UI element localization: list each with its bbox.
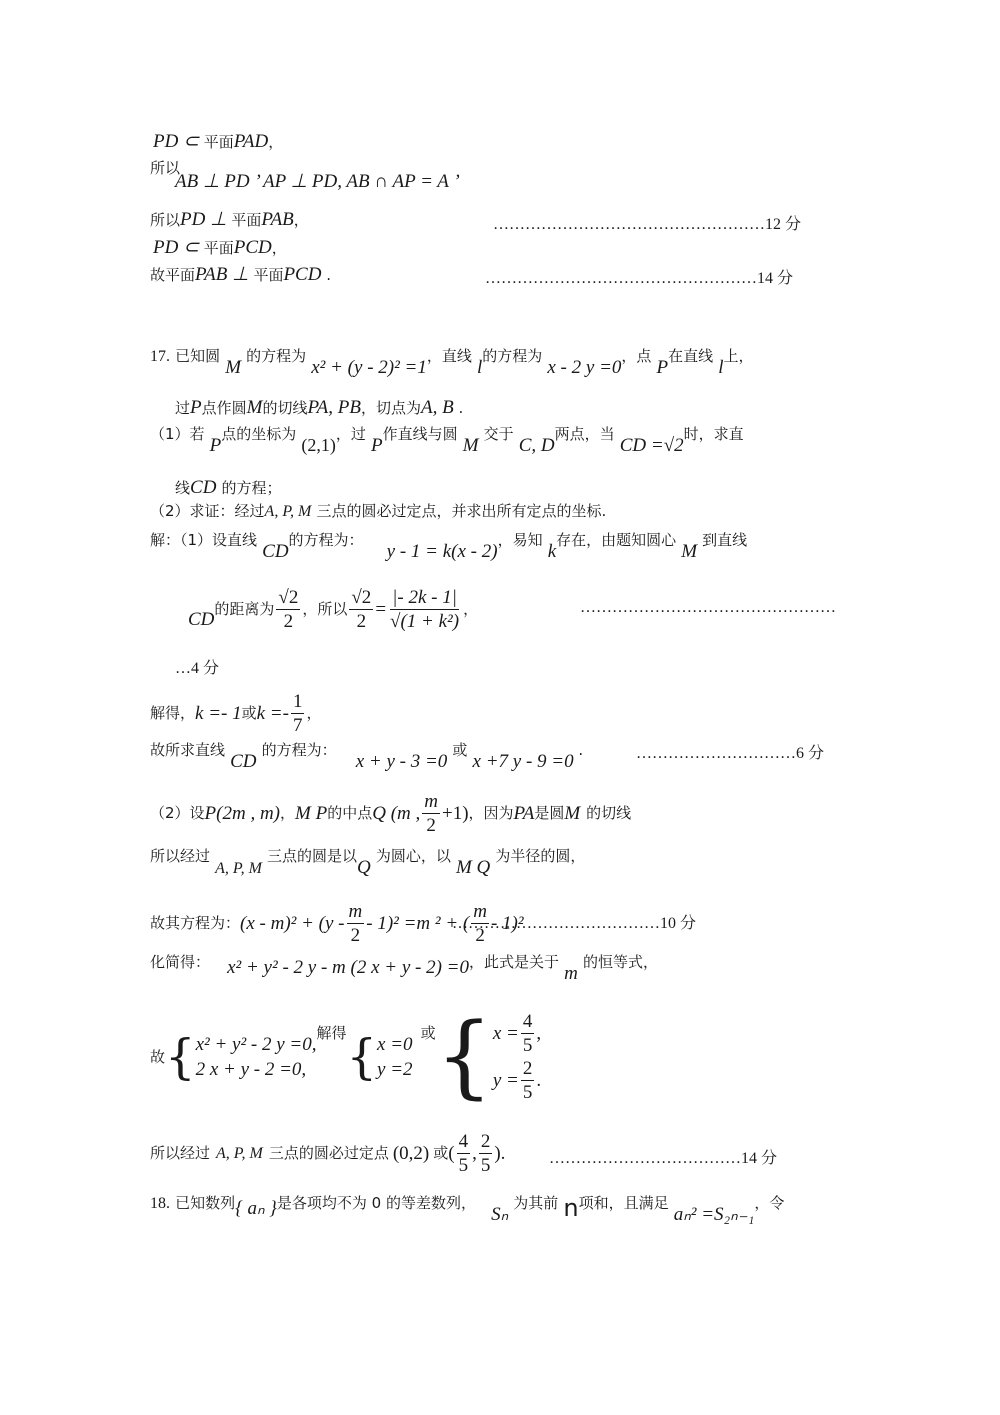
text: 到直线 xyxy=(702,531,747,549)
text: ， xyxy=(463,602,478,617)
text: 的切线 xyxy=(262,399,307,417)
text: 三点的圆是以 xyxy=(267,847,357,865)
math: ( xyxy=(448,1144,454,1163)
left-brace-icon: { xyxy=(436,1012,493,1102)
score-label: 6 分 xyxy=(796,745,824,762)
numerator: 2 xyxy=(521,1059,535,1081)
math: PD ⊥ xyxy=(180,209,231,230)
text: 或 xyxy=(433,1146,448,1161)
math: PD ⊂ xyxy=(153,131,204,152)
math: M xyxy=(681,541,697,562)
q17-line2: 过P点作圆M的切线PA, PB，切点为A, B . xyxy=(175,398,463,417)
math: M P xyxy=(295,804,327,823)
math: PAB ⊥ xyxy=(195,264,253,285)
score-label: 14 分 xyxy=(757,270,793,287)
text: 两点，当 xyxy=(555,425,615,443)
text: 的切线 xyxy=(586,806,631,821)
sol-line-5: 故所求直线 CD 的方程为： x + y - 3 =0 或 x +7 y - 9… xyxy=(150,740,583,759)
math: +1) xyxy=(442,804,469,823)
text: 交于 xyxy=(484,425,514,443)
sol-p2-line-2: 所以经过 A, P, M 三点的圆是以Q 为圆心，以 M Q 为半径的圆， xyxy=(150,846,585,865)
text: 点作圆 xyxy=(202,399,247,417)
math: , xyxy=(472,1144,477,1163)
fraction: m2 xyxy=(422,792,440,835)
text: 的方程为： xyxy=(289,531,364,549)
math: M Q xyxy=(456,857,490,878)
text: 化简得： xyxy=(150,953,210,971)
text: 的中点 xyxy=(327,806,372,821)
math: Q (m , xyxy=(372,804,420,823)
q17-part2: （2）求证：经过A, P, M 三点的圆必过定点，并求出所有定点的坐标. xyxy=(150,503,606,520)
text: 项和，且满足 xyxy=(579,1194,669,1212)
text: 的方程为： xyxy=(262,741,337,759)
text: 线 xyxy=(175,479,190,497)
score-14-b: ………………………………14 分 xyxy=(549,1145,777,1168)
text: ，切点为 xyxy=(361,399,421,417)
math: A, P, M xyxy=(265,503,312,520)
sol-p2-system: 故 { x² + y² - 2 y =0, 2 x + y - 2 =0, 解得… xyxy=(150,1012,541,1102)
math: Sₙ xyxy=(491,1204,508,1225)
text: 所以经过 xyxy=(150,1146,210,1161)
fraction: 17 xyxy=(291,692,305,735)
math: CD xyxy=(262,541,288,562)
text: . xyxy=(574,741,584,759)
fraction: 25 xyxy=(521,1059,535,1102)
leader-dots: ………………………………………… xyxy=(580,599,836,616)
sol-line-2: CD 的距离为 √22 ，所以 √22 = |- 2k - 1|√(1 + k²… xyxy=(188,588,478,631)
math: (x - m)² + (y - xyxy=(240,914,345,933)
sol-p2-line-4: 化简得： x² + y² - 2 y - m (2 x + y - 2) =0，… xyxy=(150,952,658,971)
numerator: |- 2k - 1| xyxy=(390,588,459,610)
text: ，所以 xyxy=(302,602,347,617)
math: k =- 1 xyxy=(195,704,242,723)
math: x² + y² - 2 y =0, xyxy=(196,1035,317,1054)
text: 是圆 xyxy=(534,806,564,821)
text: . xyxy=(454,399,464,417)
q18-stem: 18. 已知数列{ aₙ }是各项均不为 0 的等差数列， Sₙ 为其前 n项和… xyxy=(150,1188,784,1212)
question-number: 18. xyxy=(150,1195,170,1212)
text: ， xyxy=(306,706,321,721)
text: 作直线与圆 xyxy=(383,425,458,443)
math: CD xyxy=(230,751,256,772)
math: M xyxy=(225,357,241,378)
math: , xyxy=(536,1024,541,1043)
text: 的方程为 xyxy=(246,347,306,365)
text: 解得， xyxy=(150,706,195,721)
math: CD xyxy=(190,477,216,498)
math: y =2 xyxy=(377,1060,413,1079)
text: . xyxy=(321,266,331,284)
denominator: 2 xyxy=(355,610,369,631)
solution-2: x = 45 , y = 25 . xyxy=(493,1012,541,1102)
numerator: √2 xyxy=(349,588,373,610)
math: (0,2) xyxy=(393,1144,429,1163)
denominator: 2 xyxy=(282,610,296,631)
text: ， xyxy=(294,211,309,229)
math: AB ⊥ PD ’ AP ⊥ PD, AB ∩ AP = A ’ xyxy=(175,171,460,192)
numerator: √2 xyxy=(276,588,300,610)
text: 平面 xyxy=(253,266,283,284)
leader-dots: …………………………………………… xyxy=(493,216,765,233)
text: 所以 xyxy=(150,211,180,229)
text: 或 xyxy=(421,1026,436,1041)
denominator: 5 xyxy=(479,1154,493,1175)
text: 已知数列 xyxy=(175,1194,235,1212)
text: ，过 xyxy=(336,425,366,443)
math: x + y - 3 =0 xyxy=(356,751,448,772)
math: l xyxy=(718,357,723,378)
question-number: 17. xyxy=(150,348,170,365)
text: ，点 xyxy=(621,347,651,365)
numerator: 2 xyxy=(479,1132,493,1154)
math: x =0 xyxy=(377,1035,413,1054)
fraction: 25 xyxy=(479,1132,493,1175)
leader-dots: …………………………………………… xyxy=(485,270,757,287)
text: ，令 xyxy=(754,1194,784,1212)
text: ，易知 xyxy=(498,531,543,549)
sol-p2-conclusion: 所以经过 A, P, M 三点的圆必过定点 (0,2) 或 ( 45 , 25 … xyxy=(150,1132,505,1175)
text: 故 xyxy=(150,1050,165,1065)
score-label: …4 分 xyxy=(175,660,219,677)
proof-line-2-math: AB ⊥ PD ’ AP ⊥ PD, AB ∩ AP = A ’ xyxy=(175,172,460,191)
math: CD =√2 xyxy=(620,435,684,456)
fraction: m2 xyxy=(347,902,365,945)
proof-line-1: PD ⊂ 平面PAD， xyxy=(153,132,283,151)
text: 为其前 xyxy=(513,1194,558,1212)
left-brace-icon: { xyxy=(165,1033,196,1081)
text: 在直线 xyxy=(668,347,713,365)
text: 或 xyxy=(452,741,467,759)
equation-system: x² + y² - 2 y =0, 2 x + y - 2 =0, xyxy=(196,1035,317,1079)
math: k xyxy=(548,541,556,562)
math: A, B xyxy=(421,397,454,418)
math: PA, PB xyxy=(307,397,360,418)
text: 故其方程为： xyxy=(150,916,240,931)
math: x² + (y - 2)² =1 xyxy=(311,357,427,378)
score-4: …4 分 xyxy=(175,660,219,677)
text: ，此式是关于 xyxy=(469,953,559,971)
fraction: 45 xyxy=(457,1132,471,1175)
math: M xyxy=(463,435,479,456)
score-12: ……………………………………………12 分 xyxy=(493,211,801,234)
text: 时，求直 xyxy=(684,425,744,443)
text: ， xyxy=(268,133,283,151)
proof-line-4: PD ⊂ 平面PCD， xyxy=(153,238,287,257)
text: （2）求证：经过 xyxy=(150,502,265,520)
score-label: 14 分 xyxy=(741,1150,777,1167)
sol-line-4: 解得， k =- 1 或 k =- 17 ， xyxy=(150,692,321,735)
math: P xyxy=(371,435,383,456)
text: （1）若 xyxy=(150,425,205,443)
math: PCD xyxy=(283,264,321,285)
math: 2 x + y - 2 =0, xyxy=(196,1060,317,1079)
math: x +7 y - 9 =0 xyxy=(473,751,574,772)
math: m xyxy=(564,963,578,984)
math: M xyxy=(247,397,263,418)
math: n xyxy=(563,1194,578,1222)
text: 平面 xyxy=(204,133,234,151)
denominator: 5 xyxy=(521,1081,535,1102)
score-label: 12 分 xyxy=(765,216,801,233)
math: . xyxy=(536,1071,541,1090)
math: x - 2 y =0 xyxy=(547,357,621,378)
text: 是各项均不为 0 的等差数列， xyxy=(277,1194,476,1212)
q17-part1: （1）若 P点的坐标为 (2,1)，过 P作直线与圆 M 交于 C, D两点，当… xyxy=(150,424,744,443)
math: A, P, M xyxy=(215,860,262,877)
math: P(2m , m) xyxy=(205,804,280,823)
math: P xyxy=(190,397,202,418)
text: 已知圆 xyxy=(175,347,220,365)
math: ). xyxy=(494,1144,505,1163)
text: 或 xyxy=(242,706,257,721)
sol-line-1: 解：（1）设直线 CD的方程为： y - 1 = k(x - 2)，易知 k存在… xyxy=(150,530,747,549)
math: M xyxy=(564,804,580,823)
math: (2,1) xyxy=(301,435,336,455)
denominator: 5 xyxy=(457,1154,471,1175)
numerator: 1 xyxy=(291,692,305,714)
math: PAB xyxy=(261,209,293,230)
proof-line-3: 所以PD ⊥ 平面PAB， xyxy=(150,210,309,229)
text: 点的坐标为 xyxy=(221,425,296,443)
math: CD xyxy=(188,610,214,629)
text: 解得 xyxy=(316,1026,346,1041)
sol-p2-line-1: （2）设 P(2m , m) ， M P 的中点 Q (m , m2 +1) ，… xyxy=(150,792,631,835)
denominator: 5 xyxy=(521,1034,535,1055)
text: ，因为 xyxy=(469,806,514,821)
math: { aₙ } xyxy=(235,1198,277,1219)
leader-dots: ……………………………… xyxy=(549,1150,741,1167)
text: ，直线 xyxy=(427,347,472,365)
numerator: 4 xyxy=(457,1132,471,1154)
text: 上， xyxy=(724,347,754,365)
text: 所以经过 xyxy=(150,847,210,865)
numerator: m xyxy=(347,902,365,924)
math: y = xyxy=(493,1071,519,1090)
math: l xyxy=(477,357,482,378)
text: 的恒等式， xyxy=(583,953,658,971)
text: 三点的圆必过定点 xyxy=(269,1146,389,1161)
math: x² + y² - 2 y - m (2 x + y - 2) =0 xyxy=(227,957,469,978)
math: A, P, M xyxy=(216,1146,263,1162)
q17-part1-cont: 线CD 的方程； xyxy=(175,478,282,497)
numerator: 4 xyxy=(521,1012,535,1034)
denominator: 2 xyxy=(424,814,438,835)
text: 为半径的圆， xyxy=(495,847,585,865)
numerator: m xyxy=(422,792,440,814)
text: 的方程； xyxy=(222,479,282,497)
text: 为圆心，以 xyxy=(376,847,451,865)
text: 三点的圆必过定点，并求出所有定点的坐标. xyxy=(316,502,606,520)
math: PD ⊂ xyxy=(153,237,204,258)
score-10: …………………………………10 分 xyxy=(452,910,696,933)
text: 的距离为 xyxy=(214,602,274,617)
math: C, D xyxy=(519,435,555,456)
score-14-a: ……………………………………………14 分 xyxy=(485,265,793,288)
denominator: √(1 + k²) xyxy=(388,610,461,631)
math: P xyxy=(657,357,669,378)
text: 解：（1）设直线 xyxy=(150,531,257,549)
math: Q xyxy=(357,857,371,878)
math: x = xyxy=(493,1024,519,1043)
text: 故平面 xyxy=(150,266,195,284)
math: aₙ² =S₂ₙ₋₁ xyxy=(674,1204,755,1225)
denominator: 7 xyxy=(291,714,305,735)
text: 故所求直线 xyxy=(150,741,225,759)
leader-dots: ………………………… xyxy=(636,745,796,762)
math: PCD xyxy=(234,237,272,258)
math: PAD xyxy=(234,131,268,152)
left-brace-icon: { xyxy=(347,1033,378,1081)
text: 的方程为 xyxy=(482,347,542,365)
math: PA xyxy=(514,804,535,823)
score-6: …………………………6 分 xyxy=(636,740,824,763)
text: （2）设 xyxy=(150,806,205,821)
fraction: 45 xyxy=(521,1012,535,1055)
fraction: √22 xyxy=(276,588,300,631)
denominator: 2 xyxy=(349,924,363,945)
text: 平面 xyxy=(204,239,234,257)
leader-dots: ………………………………… xyxy=(452,915,660,932)
fraction: √22 xyxy=(349,588,373,631)
text: ， xyxy=(280,806,295,821)
text: ， xyxy=(272,239,287,257)
proof-line-5: 故平面PAB ⊥ 平面PCD . xyxy=(150,265,331,284)
math: y - 1 = k(x - 2) xyxy=(387,541,498,562)
leader-dots-4: ………………………………………… xyxy=(580,599,836,617)
fraction: |- 2k - 1|√(1 + k²) xyxy=(388,588,461,631)
text: 过 xyxy=(175,399,190,417)
solution-1: x =0 y =2 xyxy=(377,1035,413,1079)
text: 平面 xyxy=(231,211,261,229)
score-label: 10 分 xyxy=(660,915,696,932)
q17-stem: 17. 已知圆 M 的方程为 x² + (y - 2)² =1，直线 l的方程为… xyxy=(150,346,754,365)
text: 存在，由题知圆心 xyxy=(556,531,676,549)
math: k =- xyxy=(257,704,289,723)
math: P xyxy=(210,435,222,456)
